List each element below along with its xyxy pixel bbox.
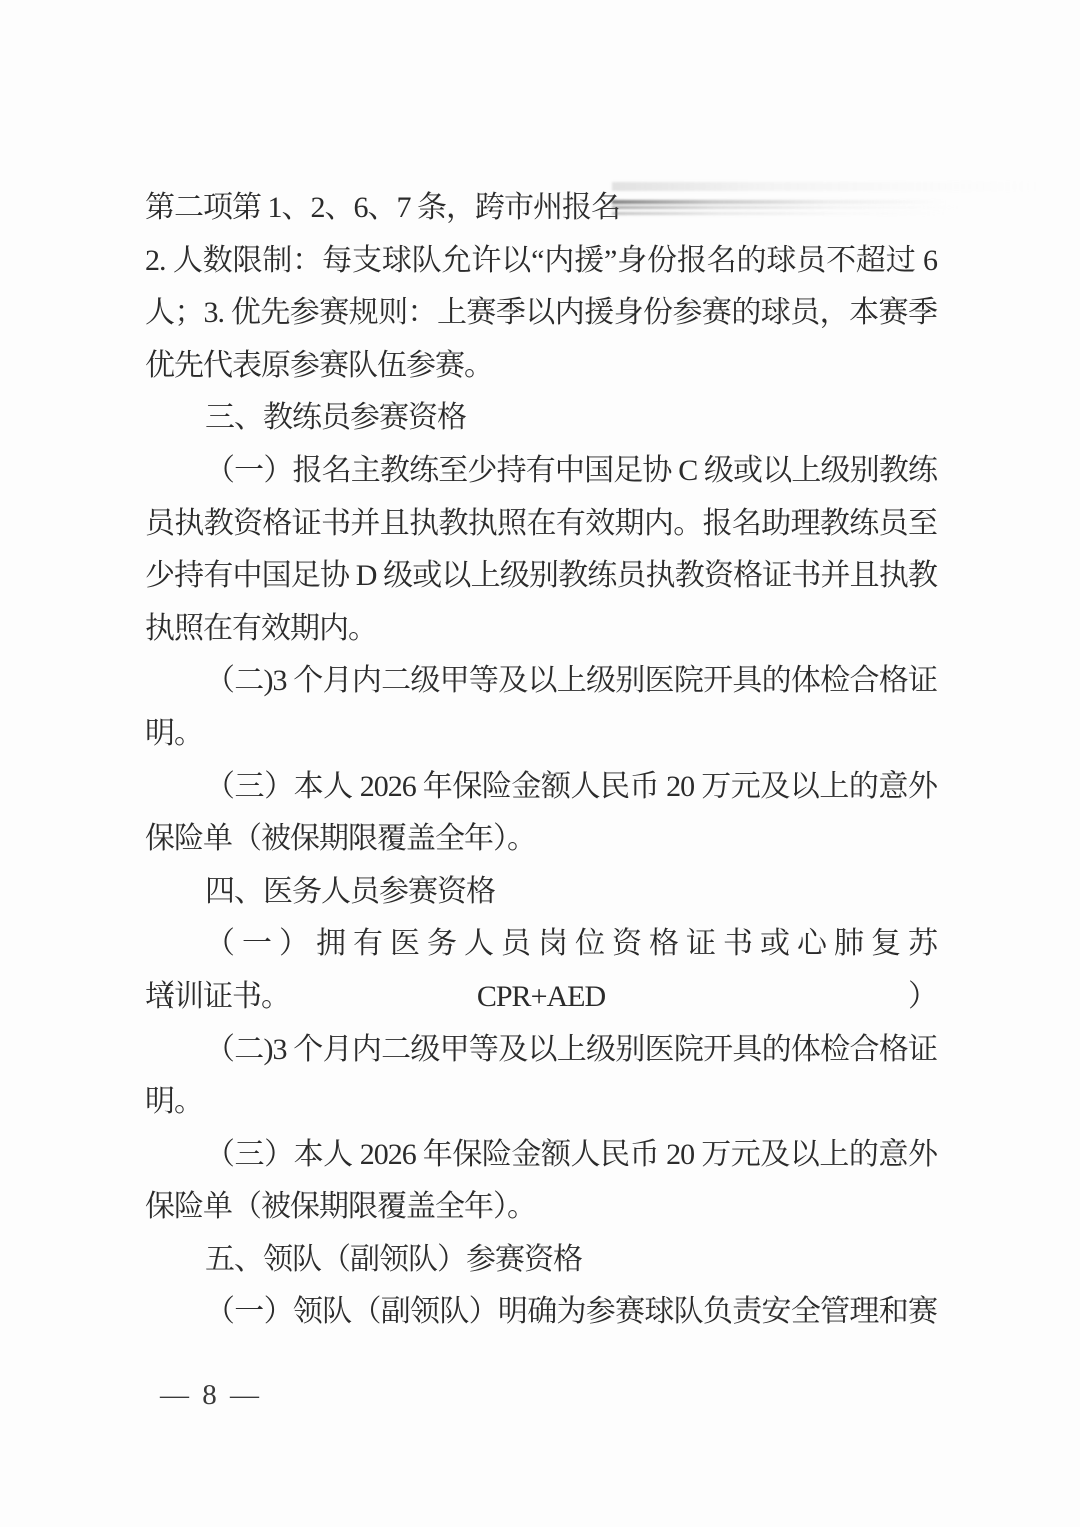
text-line: 2. 人数限制：每支球队允许以“内援”身份报名的球员不超过 6: [145, 235, 937, 288]
text-line: 少持有中国足协 D 级或以上级别教练员执教资格证书并且执教: [145, 550, 937, 603]
section-heading: 五、领队（副领队）参赛资格: [145, 1234, 937, 1287]
text-line: 明。: [145, 1076, 937, 1129]
text-line: 明。: [145, 708, 937, 761]
text-line: 员执教资格证书并且执教执照在有效期内。报名助理教练员至: [145, 498, 937, 551]
text-line: 执照在有效期内。: [145, 603, 937, 656]
text-line: 保险单（被保期限覆盖全年）。: [145, 813, 937, 866]
section-heading: 三、教练员参赛资格: [145, 392, 937, 445]
section-heading: 四、医务人员参赛资格: [145, 866, 937, 919]
document-text-block: 第二项第 1、2、6、7 条，跨市州报名 2. 人数限制：每支球队允许以“内援”…: [145, 182, 937, 1339]
text-line: （三）本人 2026 年保险金额人民币 20 万元及以上的意外: [145, 761, 937, 814]
text-line: 保险单（被保期限覆盖全年）。: [145, 1181, 937, 1234]
page-number: — 8 —: [160, 1378, 260, 1412]
text-line: （一）领队（副领队）明确为参赛球队负责安全管理和赛: [145, 1286, 937, 1339]
text-line: （三）本人 2026 年保险金额人民币 20 万元及以上的意外: [145, 1129, 937, 1182]
text-line: 优先代表原参赛队伍参赛。: [145, 340, 937, 393]
text-line: （一）拥有医务人员岗位资格证书或心肺复苏（CPR+AED）: [145, 918, 937, 971]
text-line: （二)3 个月内二级甲等及以上级别医院开具的体检合格证: [145, 655, 937, 708]
text-line: 人；3. 优先参赛规则：上赛季以内援身份参赛的球员，本赛季: [145, 287, 937, 340]
text-line: （二)3 个月内二级甲等及以上级别医院开具的体检合格证: [145, 1024, 937, 1077]
text-line: （一）报名主教练至少持有中国足协 C 级或以上级别教练: [145, 445, 937, 498]
document-page: 第二项第 1、2、6、7 条，跨市州报名 2. 人数限制：每支球队允许以“内援”…: [0, 0, 1080, 1527]
text-line: 第二项第 1、2、6、7 条，跨市州报名: [145, 182, 937, 235]
